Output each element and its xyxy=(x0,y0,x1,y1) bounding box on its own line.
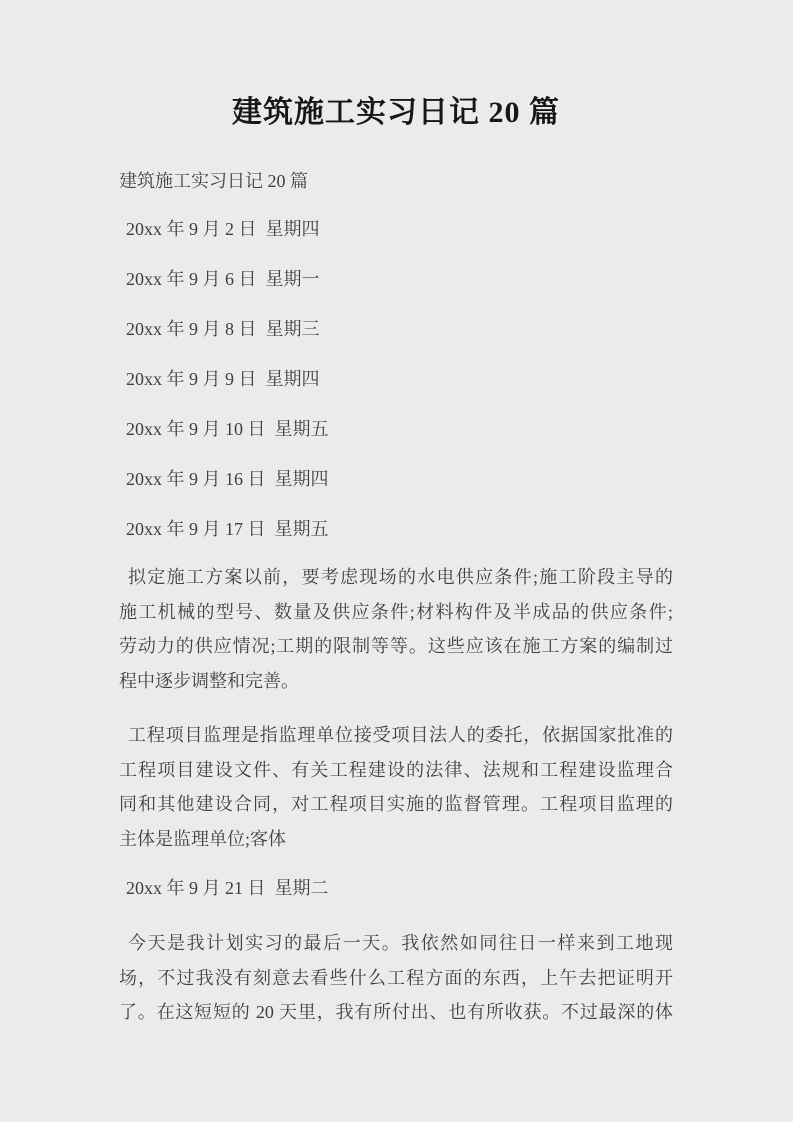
paragraph-project-supervision: 工程项目监理是指监理单位接受项目法人的委托，依据国家批准的 工程项目建设文件、有… xyxy=(119,718,673,856)
diary-date-entry-6: 20xx 年 9 月 16 日 星期四 xyxy=(119,469,673,489)
paragraph-line: 今天是我计划实习的最后一天。我依然如同往日一样来到工地现 xyxy=(119,926,673,961)
document-title: 建筑施工实习日记 20 篇 xyxy=(119,96,673,130)
paragraph-last-day: 今天是我计划实习的最后一天。我依然如同往日一样来到工地现 场，不过我没有刻意去看… xyxy=(119,926,673,1030)
document-content: 建筑施工实习日记 20 篇 建筑施工实习日记 20 篇 20xx 年 9 月 2… xyxy=(0,96,793,1030)
paragraph-line: 同和其他建设合同，对工程项目实施的监督管理。工程项目监理的 xyxy=(119,787,673,822)
document-page: 建筑施工实习日记 20 篇 建筑施工实习日记 20 篇 20xx 年 9 月 2… xyxy=(0,0,793,1122)
paragraph-line: 工程项目监理是指监理单位接受项目法人的委托，依据国家批准的 xyxy=(119,718,673,753)
paragraph-line: 主体是监理单位;客体 xyxy=(119,822,673,857)
paragraph-line: 劳动力的供应情况;工期的限制等等。这些应该在施工方案的编制过 xyxy=(119,629,673,664)
diary-date-entry-4: 20xx 年 9 月 9 日 星期四 xyxy=(119,369,673,389)
diary-date-entry-7: 20xx 年 9 月 17 日 星期五 xyxy=(119,519,673,539)
diary-date-entry-3: 20xx 年 9 月 8 日 星期三 xyxy=(119,319,673,339)
diary-date-entry-5: 20xx 年 9 月 10 日 星期五 xyxy=(119,419,673,439)
paragraph-line: 工程项目建设文件、有关工程建设的法律、法规和工程建设监理合 xyxy=(119,753,673,788)
paragraph-construction-plan: 拟定施工方案以前，要考虑现场的水电供应条件;施工阶段主导的 施工机械的型号、数量… xyxy=(119,560,673,698)
paragraph-line: 程中逐步调整和完善。 xyxy=(119,664,673,699)
diary-date-entry-1: 20xx 年 9 月 2 日 星期四 xyxy=(119,219,673,239)
document-intro-line: 建筑施工实习日记 20 篇 xyxy=(119,171,673,191)
paragraph-line: 拟定施工方案以前，要考虑现场的水电供应条件;施工阶段主导的 xyxy=(119,560,673,595)
paragraph-line: 了。在这短短的 20 天里，我有所付出、也有所收获。不过最深的体 xyxy=(119,995,673,1030)
paragraph-line: 施工机械的型号、数量及供应条件;材料构件及半成品的供应条件; xyxy=(119,595,673,630)
diary-date-entry-8: 20xx 年 9 月 21 日 星期二 xyxy=(119,878,673,898)
diary-date-entry-2: 20xx 年 9 月 6 日 星期一 xyxy=(119,269,673,289)
paragraph-line: 场，不过我没有刻意去看些什么工程方面的东西，上午去把证明开 xyxy=(119,961,673,996)
